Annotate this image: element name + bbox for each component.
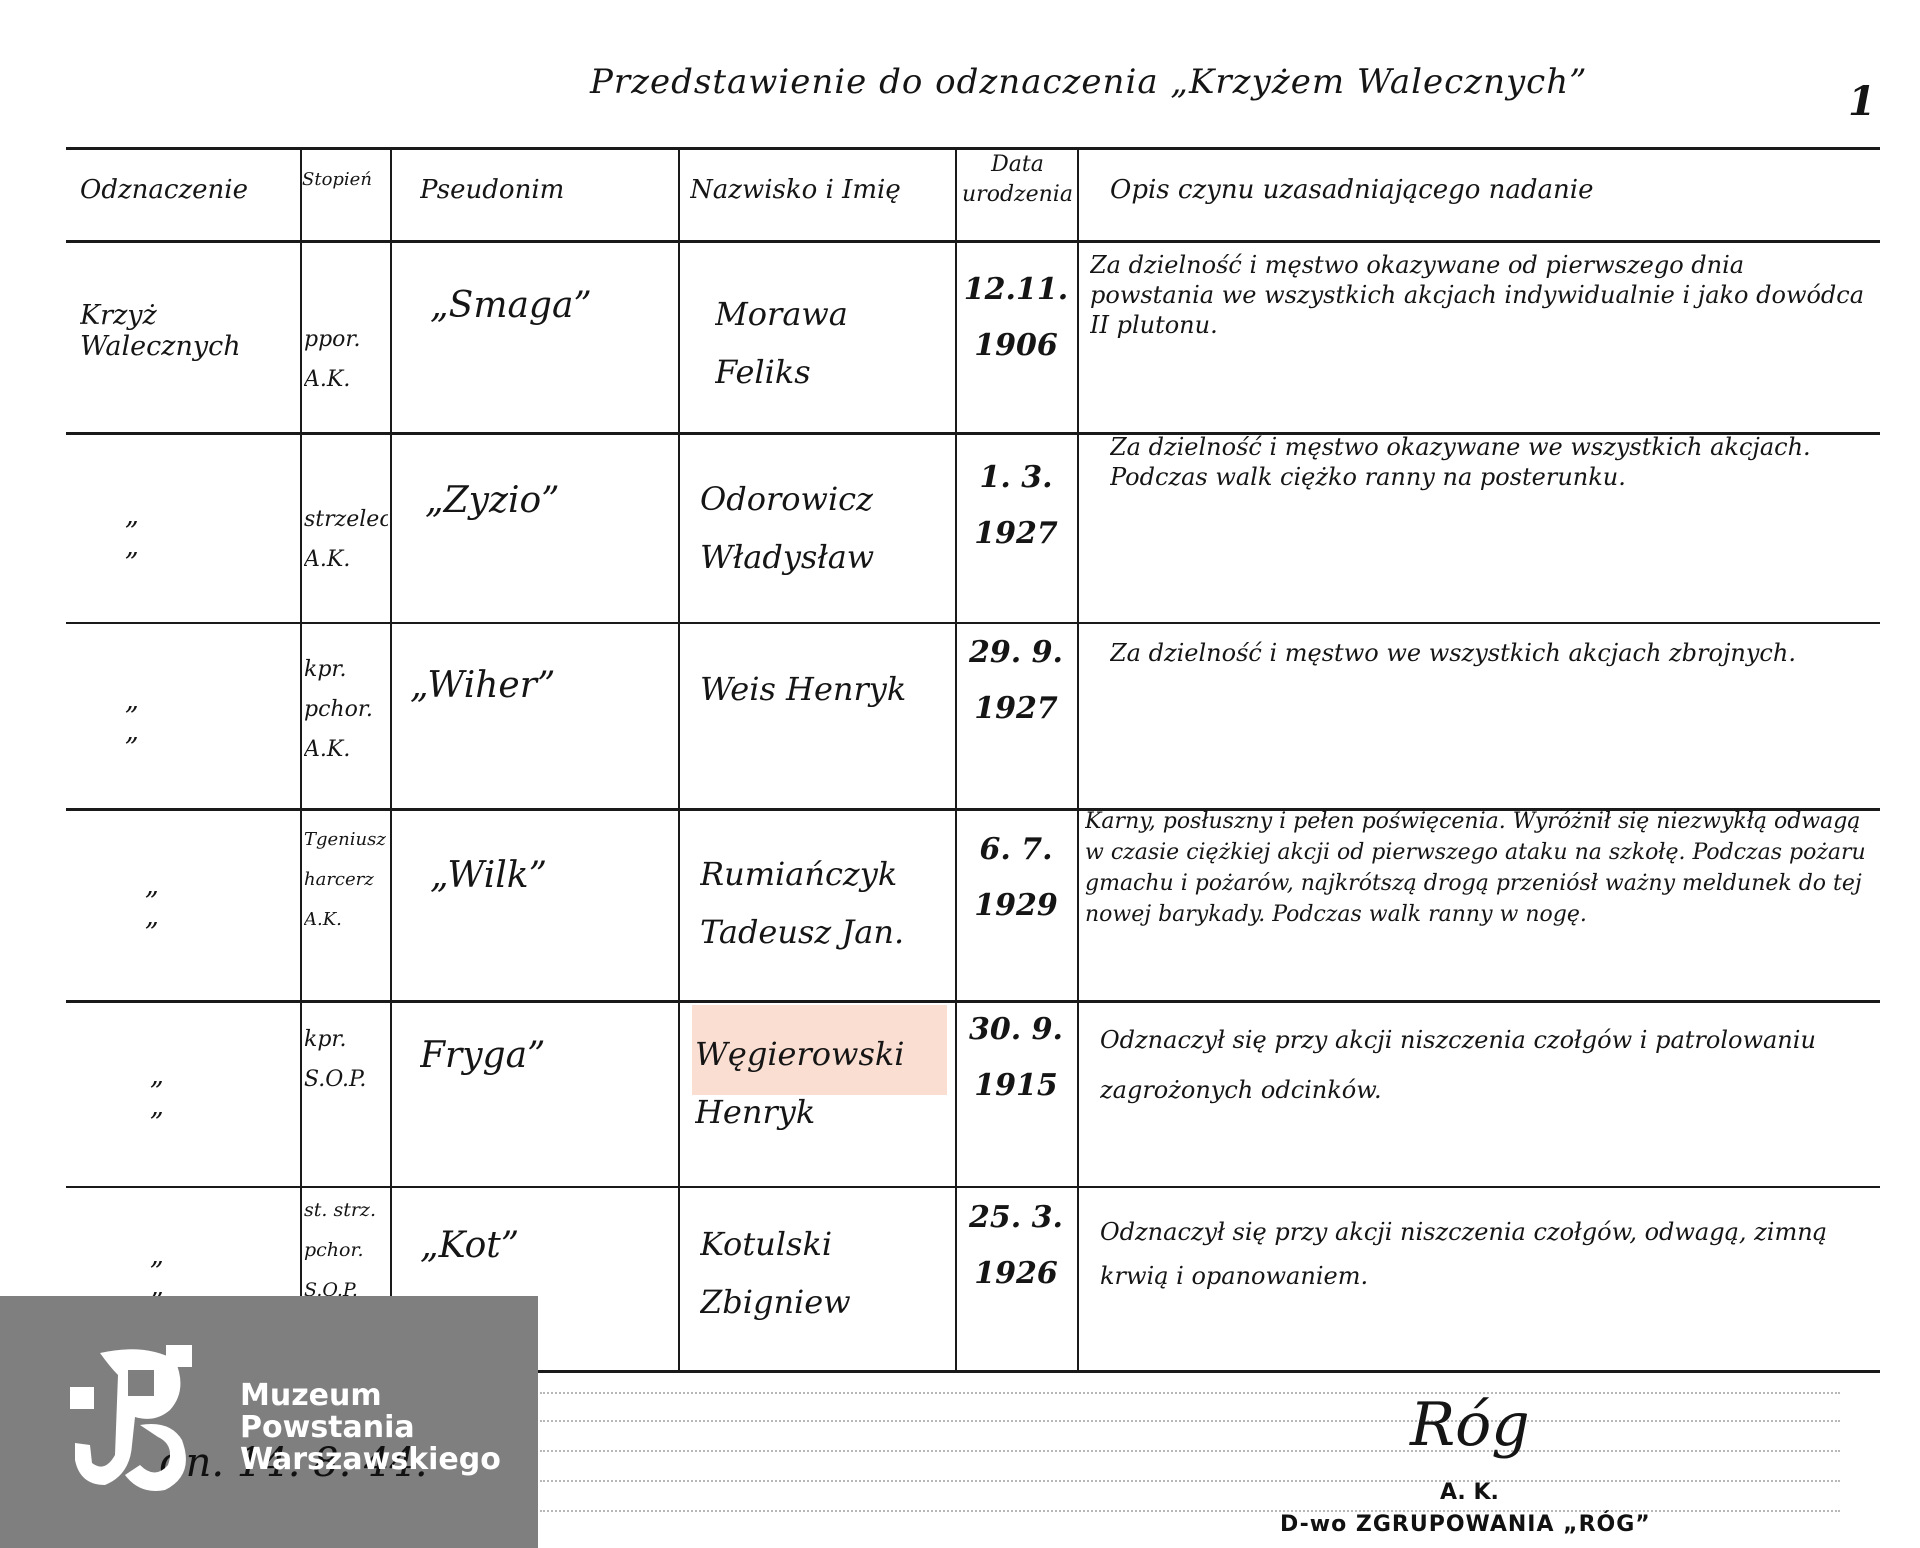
cell-rank: Tgeniusz harcerz A.K. [304, 820, 388, 940]
cell-pseudonym: „Wiher” [410, 665, 670, 706]
cell-award-ditto: „ „ [150, 1240, 295, 1302]
cell-pseudonym: Fryga” [420, 1035, 670, 1076]
header-description: Opis czynu uzasadniającego nadanie [1110, 175, 1870, 205]
row-divider [66, 1186, 1880, 1188]
header-name: Nazwisko i Imię [690, 175, 952, 205]
stamp-line-2: D-wo ZGRUPOWANIA „RÓG” [1280, 1512, 1651, 1537]
cell-date: 6. 7. 1929 [960, 822, 1072, 934]
ruled-line [540, 1480, 1840, 1482]
header-bottom-border [66, 240, 1880, 243]
ruled-line [540, 1392, 1840, 1394]
cell-date: 12.11. 1906 [960, 262, 1072, 374]
kotwica-anchor-icon [70, 1345, 220, 1505]
cell-rank: st. strz. pchor. S.O.P. [304, 1190, 388, 1310]
stamp-line-1: A. K. [1440, 1480, 1499, 1505]
museum-name-line-1: Muzeum [240, 1380, 501, 1412]
museum-name-line-3: Warszawskiego [240, 1444, 501, 1476]
header-date: Data urodzenia [960, 150, 1075, 210]
cell-pseudonym: „Zyzio” [425, 480, 670, 521]
cell-description: Za dzielność i męstwo okazywane we wszys… [1110, 432, 1890, 492]
cell-date: 30. 9. 1915 [960, 1002, 1072, 1114]
column-divider [1077, 147, 1079, 1372]
column-divider [300, 147, 302, 1372]
museum-name: Muzeum Powstania Warszawskiego [240, 1380, 501, 1476]
cell-name: Odorowicz Władysław [700, 470, 950, 586]
cell-award: Krzyż Walecznych [80, 300, 300, 362]
cell-name: Węgierowski Henryk [695, 1025, 950, 1141]
cell-rank: strzelec A.K. [304, 500, 388, 580]
cell-pseudonym: „Smaga” [430, 285, 670, 326]
cell-rank: kpr. S.O.P. [304, 1020, 388, 1100]
page-number: 1 [1848, 78, 1876, 125]
cell-name: Weis Henryk [700, 660, 950, 718]
cell-description: Odznaczył się przy akcji niszczenia czoł… [1100, 1015, 1890, 1115]
cell-description: Za dzielność i męstwo okazywane od pierw… [1090, 250, 1890, 340]
cell-award-ditto: „ „ [145, 870, 295, 932]
cell-pseudonym: „Kot” [420, 1225, 670, 1266]
column-divider [678, 147, 680, 1372]
commander-signature: Róg [1410, 1390, 1530, 1460]
header-award: Odznaczenie [80, 175, 295, 205]
cell-description: Odznaczył się przy akcji niszczenia czoł… [1100, 1210, 1890, 1298]
cell-description: Za dzielność i męstwo we wszystkich akcj… [1110, 625, 1890, 681]
cell-name: Morawa Feliks [715, 285, 945, 401]
museum-name-line-2: Powstania [240, 1412, 501, 1444]
cell-award-ditto: „ „ [150, 1060, 295, 1122]
ruled-line [540, 1420, 1840, 1422]
ruled-line [540, 1450, 1840, 1452]
column-divider [390, 147, 392, 1372]
cell-rank: ppor. A.K. [304, 320, 388, 400]
cell-name: Kotulski Zbigniew [700, 1215, 950, 1331]
cell-date: 29. 9. 1927 [960, 625, 1072, 737]
cell-name: Rumiańczyk Tadeusz Jan. [700, 845, 950, 961]
cell-description: Karny, posłuszny i pełen poświęcenia. Wy… [1085, 806, 1895, 930]
cell-rank: kpr. pchor. A.K. [304, 650, 388, 770]
column-divider [955, 147, 957, 1372]
header-pseudonym: Pseudonim [420, 175, 675, 205]
cell-award-ditto: „ „ [125, 500, 295, 562]
cell-date: 25. 3. 1926 [960, 1190, 1072, 1302]
header-rank: Stopień [302, 165, 388, 195]
cell-pseudonym: „Wilk” [430, 855, 670, 896]
document-title: Przedstawienie do odznaczenia „Krzyżem W… [590, 62, 1588, 102]
cell-date: 1. 3. 1927 [960, 450, 1072, 562]
row-divider [66, 622, 1880, 624]
cell-award-ditto: „ „ [125, 685, 295, 747]
